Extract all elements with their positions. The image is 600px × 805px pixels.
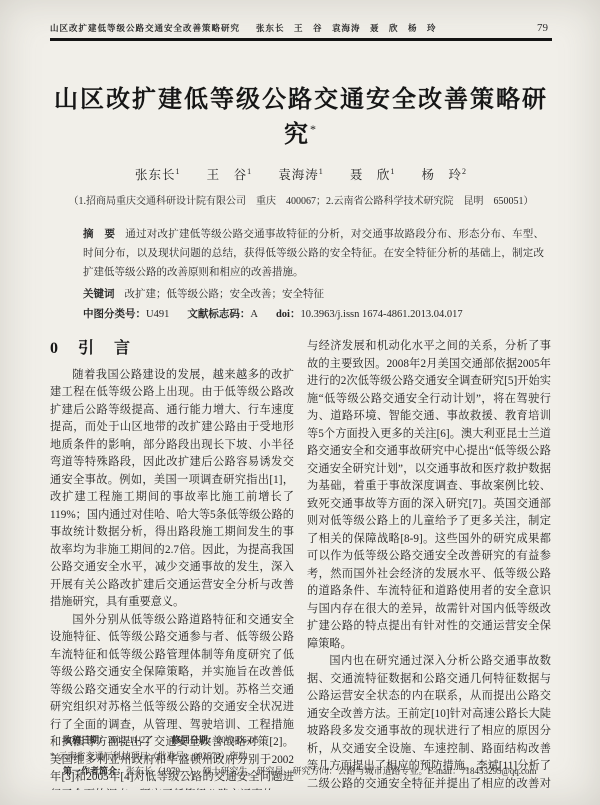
author-3-affil-mark: 1 — [319, 167, 324, 176]
running-header-left: 山区改扩建低等级公路交通安全改善策略研究张东长 王 谷 袁海涛 聂 欣 杨 玲 — [50, 22, 437, 34]
paper-page: 山区改扩建低等级公路交通安全改善策略研究张东长 王 谷 袁海涛 聂 欣 杨 玲 … — [0, 0, 600, 805]
paper-title: 山区改扩建低等级公路交通安全改善策略研究* — [50, 79, 552, 149]
affiliation-line: （1.招商局重庆交通科研设计院有限公司 重庆 400067；2.云南省公路科学技… — [50, 192, 552, 207]
right-column: 与经济发展和机动化水平之间的关系，分析了事故的主要致因。2008年2月美国交通部… — [307, 338, 551, 790]
author-2-affil-mark: 1 — [247, 167, 252, 176]
keywords-line: 关键词改扩建；低等级公路；安全改善；安全特征 — [83, 286, 544, 304]
author-3: 袁海涛1 — [278, 168, 324, 182]
author-bio-text: 张东长（1979—），硕士研究生，研究员。研究方向：公路与城市道路专业。E-ma… — [126, 766, 537, 776]
keywords-text: 改扩建；低等级公路；安全改善；安全特征 — [125, 289, 325, 300]
revised-date-label: 修回日期： — [172, 735, 217, 745]
doc-code: A — [250, 309, 258, 320]
author-2-name: 王 谷 — [207, 168, 248, 182]
doc-code-label: 文献标志码： — [187, 309, 250, 320]
right-paragraph-1: 与经济发展和机动化水平之间的关系，分析了事故的主要致因。2008年2月美国交通部… — [307, 338, 551, 653]
section-0-heading: 0引 言 — [50, 340, 294, 358]
author-4-name: 聂 欣 — [350, 168, 391, 182]
author-5-affil-mark: 2 — [462, 167, 467, 176]
author-5-name: 杨 玲 — [422, 168, 463, 182]
footnote-block: 收稿日期：2012-11-22修回日期：2013-06-05 *云南省交通厅科技… — [50, 733, 560, 780]
abstract-label: 摘 要 — [83, 229, 115, 240]
revised-date: 2013-06-05 — [217, 735, 259, 745]
page-content: 山区改扩建低等级公路交通安全改善策略研究张东长 王 谷 袁海涛 聂 欣 杨 玲 … — [50, 0, 552, 790]
author-line: 张东长1 王 谷1 袁海涛1 聂 欣1 杨 玲2 — [50, 165, 552, 183]
section-0-number: 0 — [50, 340, 60, 357]
doi-value: 10.3963/j.issn 1674-4861.2013.04.017 — [300, 309, 462, 320]
received-date-label: 收稿日期： — [63, 735, 108, 745]
classification-line: 中图分类号：U491文献标志码：Adoi：10.3963/j.issn 1674… — [83, 306, 544, 324]
funding-line: *云南省交通厅科技项目（批准号：093572）资助 — [50, 749, 560, 765]
dates-line: 收稿日期：2012-11-22修回日期：2013-06-05 — [50, 733, 560, 749]
doi-label: doi： — [276, 309, 301, 320]
abstract-block: 摘 要通过对改扩建低等级公路交通事故特征的分析，对交通事故路段分布、形态分布、车… — [83, 225, 544, 282]
page-number: 79 — [537, 22, 552, 34]
received-date: 2012-11-22 — [108, 735, 150, 745]
clc-label: 中图分类号： — [83, 309, 146, 320]
funding-text: 云南省交通厅科技项目（批准号：093572）资助 — [59, 751, 248, 761]
section-0-title: 引 言 — [78, 340, 132, 357]
body-columns: 0引 言 随着我国公路建设的发展，越来越多的改扩建工程在低等级公路上出现。由于低… — [50, 338, 552, 790]
clc-code: U491 — [146, 309, 169, 320]
author-3-name: 袁海涛 — [278, 168, 319, 182]
keywords-label: 关键词 — [83, 289, 115, 300]
paper-title-text: 山区改扩建低等级公路交通安全改善策略研究 — [54, 87, 548, 148]
author-1: 张东长1 — [135, 168, 181, 182]
left-column: 0引 言 随着我国公路建设的发展，越来越多的改扩建工程在低等级公路上出现。由于低… — [50, 338, 294, 790]
running-title: 山区改扩建低等级公路交通安全改善策略研究 — [50, 23, 240, 33]
author-4: 聂 欣1 — [350, 168, 396, 182]
author-bio-label: 第一作者简介： — [63, 766, 126, 776]
author-1-affil-mark: 1 — [175, 167, 180, 176]
author-4-affil-mark: 1 — [390, 167, 395, 176]
title-footnote-mark: * — [310, 122, 318, 136]
left-paragraph-1: 随着我国公路建设的发展，越来越多的改扩建工程在低等级公路上出现。由于低等级公路改… — [50, 367, 294, 612]
funding-footnote-mark: * — [50, 751, 55, 761]
author-2: 王 谷1 — [207, 168, 253, 182]
author-1-name: 张东长 — [135, 168, 176, 182]
abstract-text: 通过对改扩建低等级公路交通事故特征的分析，对交通事故路段分布、形态分布、车型、时… — [83, 229, 544, 278]
author-5: 杨 玲2 — [422, 168, 468, 182]
author-bio-line: 第一作者简介：张东长（1979—），硕士研究生，研究员。研究方向：公路与城市道路… — [50, 764, 560, 780]
running-header: 山区改扩建低等级公路交通安全改善策略研究张东长 王 谷 袁海涛 聂 欣 杨 玲 … — [50, 0, 552, 41]
running-authors: 张东长 王 谷 袁海涛 聂 欣 杨 玲 — [256, 23, 437, 33]
